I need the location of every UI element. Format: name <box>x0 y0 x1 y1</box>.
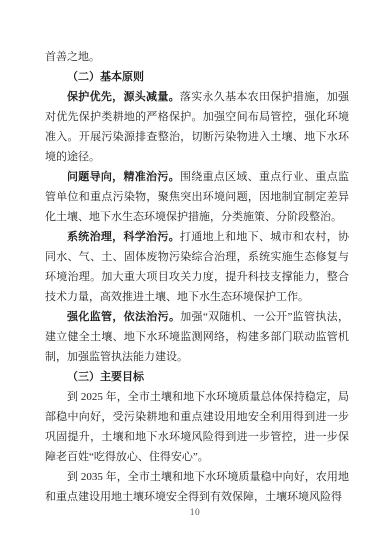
paragraph-lead: 问题导向，精准治污。 <box>67 171 180 183</box>
section-heading-main-goals: （三）主要目标 <box>45 367 349 387</box>
goal-paragraph-2025: 到 2025 年，全市土壤和地下水环境质量总体保持稳定，局部稳中向好，受污染耕地… <box>45 387 349 467</box>
document-body: 首善之地。 （二）基本原则 保护优先，源头减量。落实永久基本农田保护措施，加强对… <box>45 47 349 507</box>
principle-paragraph-strengthen-supervision: 强化监管，依法治污。加强“双随机、一公开”监管执法，建立健全土壤、地下水环境监测… <box>45 307 349 367</box>
principle-paragraph-protection-first: 保护优先，源头减量。落实永久基本农田保护措施，加强对优先保护类耕地的严格保护。加… <box>45 87 349 167</box>
principle-paragraph-systematic-treatment: 系统治理，科学治污。打通地上和地下、城市和农村，协同水、气、土、固体废物污染综合… <box>45 227 349 307</box>
document-page: 首善之地。 （二）基本原则 保护优先，源头减量。落实永久基本农田保护措施，加强对… <box>0 0 390 551</box>
section-heading-basic-principles: （二）基本原则 <box>45 67 349 87</box>
paragraph-lead: 强化监管，依法治污。 <box>67 311 180 323</box>
heading-text: （三）主要目标 <box>67 371 144 383</box>
paragraph-lead: 系统治理，科学治污。 <box>67 231 180 243</box>
continuation-paragraph: 首善之地。 <box>45 47 349 67</box>
paragraph-text: 到 2025 年，全市土壤和地下水环境质量总体保持稳定，局部稳中向好，受污染耕地… <box>45 391 349 463</box>
paragraph-text: 首善之地。 <box>45 51 100 63</box>
page-number: 10 <box>0 508 390 518</box>
principle-paragraph-problem-oriented: 问题导向，精准治污。围绕重点区域、重点行业、重点监管单位和重点污染物，聚焦突出环… <box>45 167 349 227</box>
paragraph-text: 到 2035 年，全市土壤和地下水环境质量稳中向好，农用地和重点建设用地土壤环境… <box>45 471 349 503</box>
paragraph-lead: 保护优先，源头减量。 <box>67 91 180 103</box>
heading-text: （二）基本原则 <box>67 71 144 83</box>
goal-paragraph-2035: 到 2035 年，全市土壤和地下水环境质量稳中向好，农用地和重点建设用地土壤环境… <box>45 467 349 507</box>
